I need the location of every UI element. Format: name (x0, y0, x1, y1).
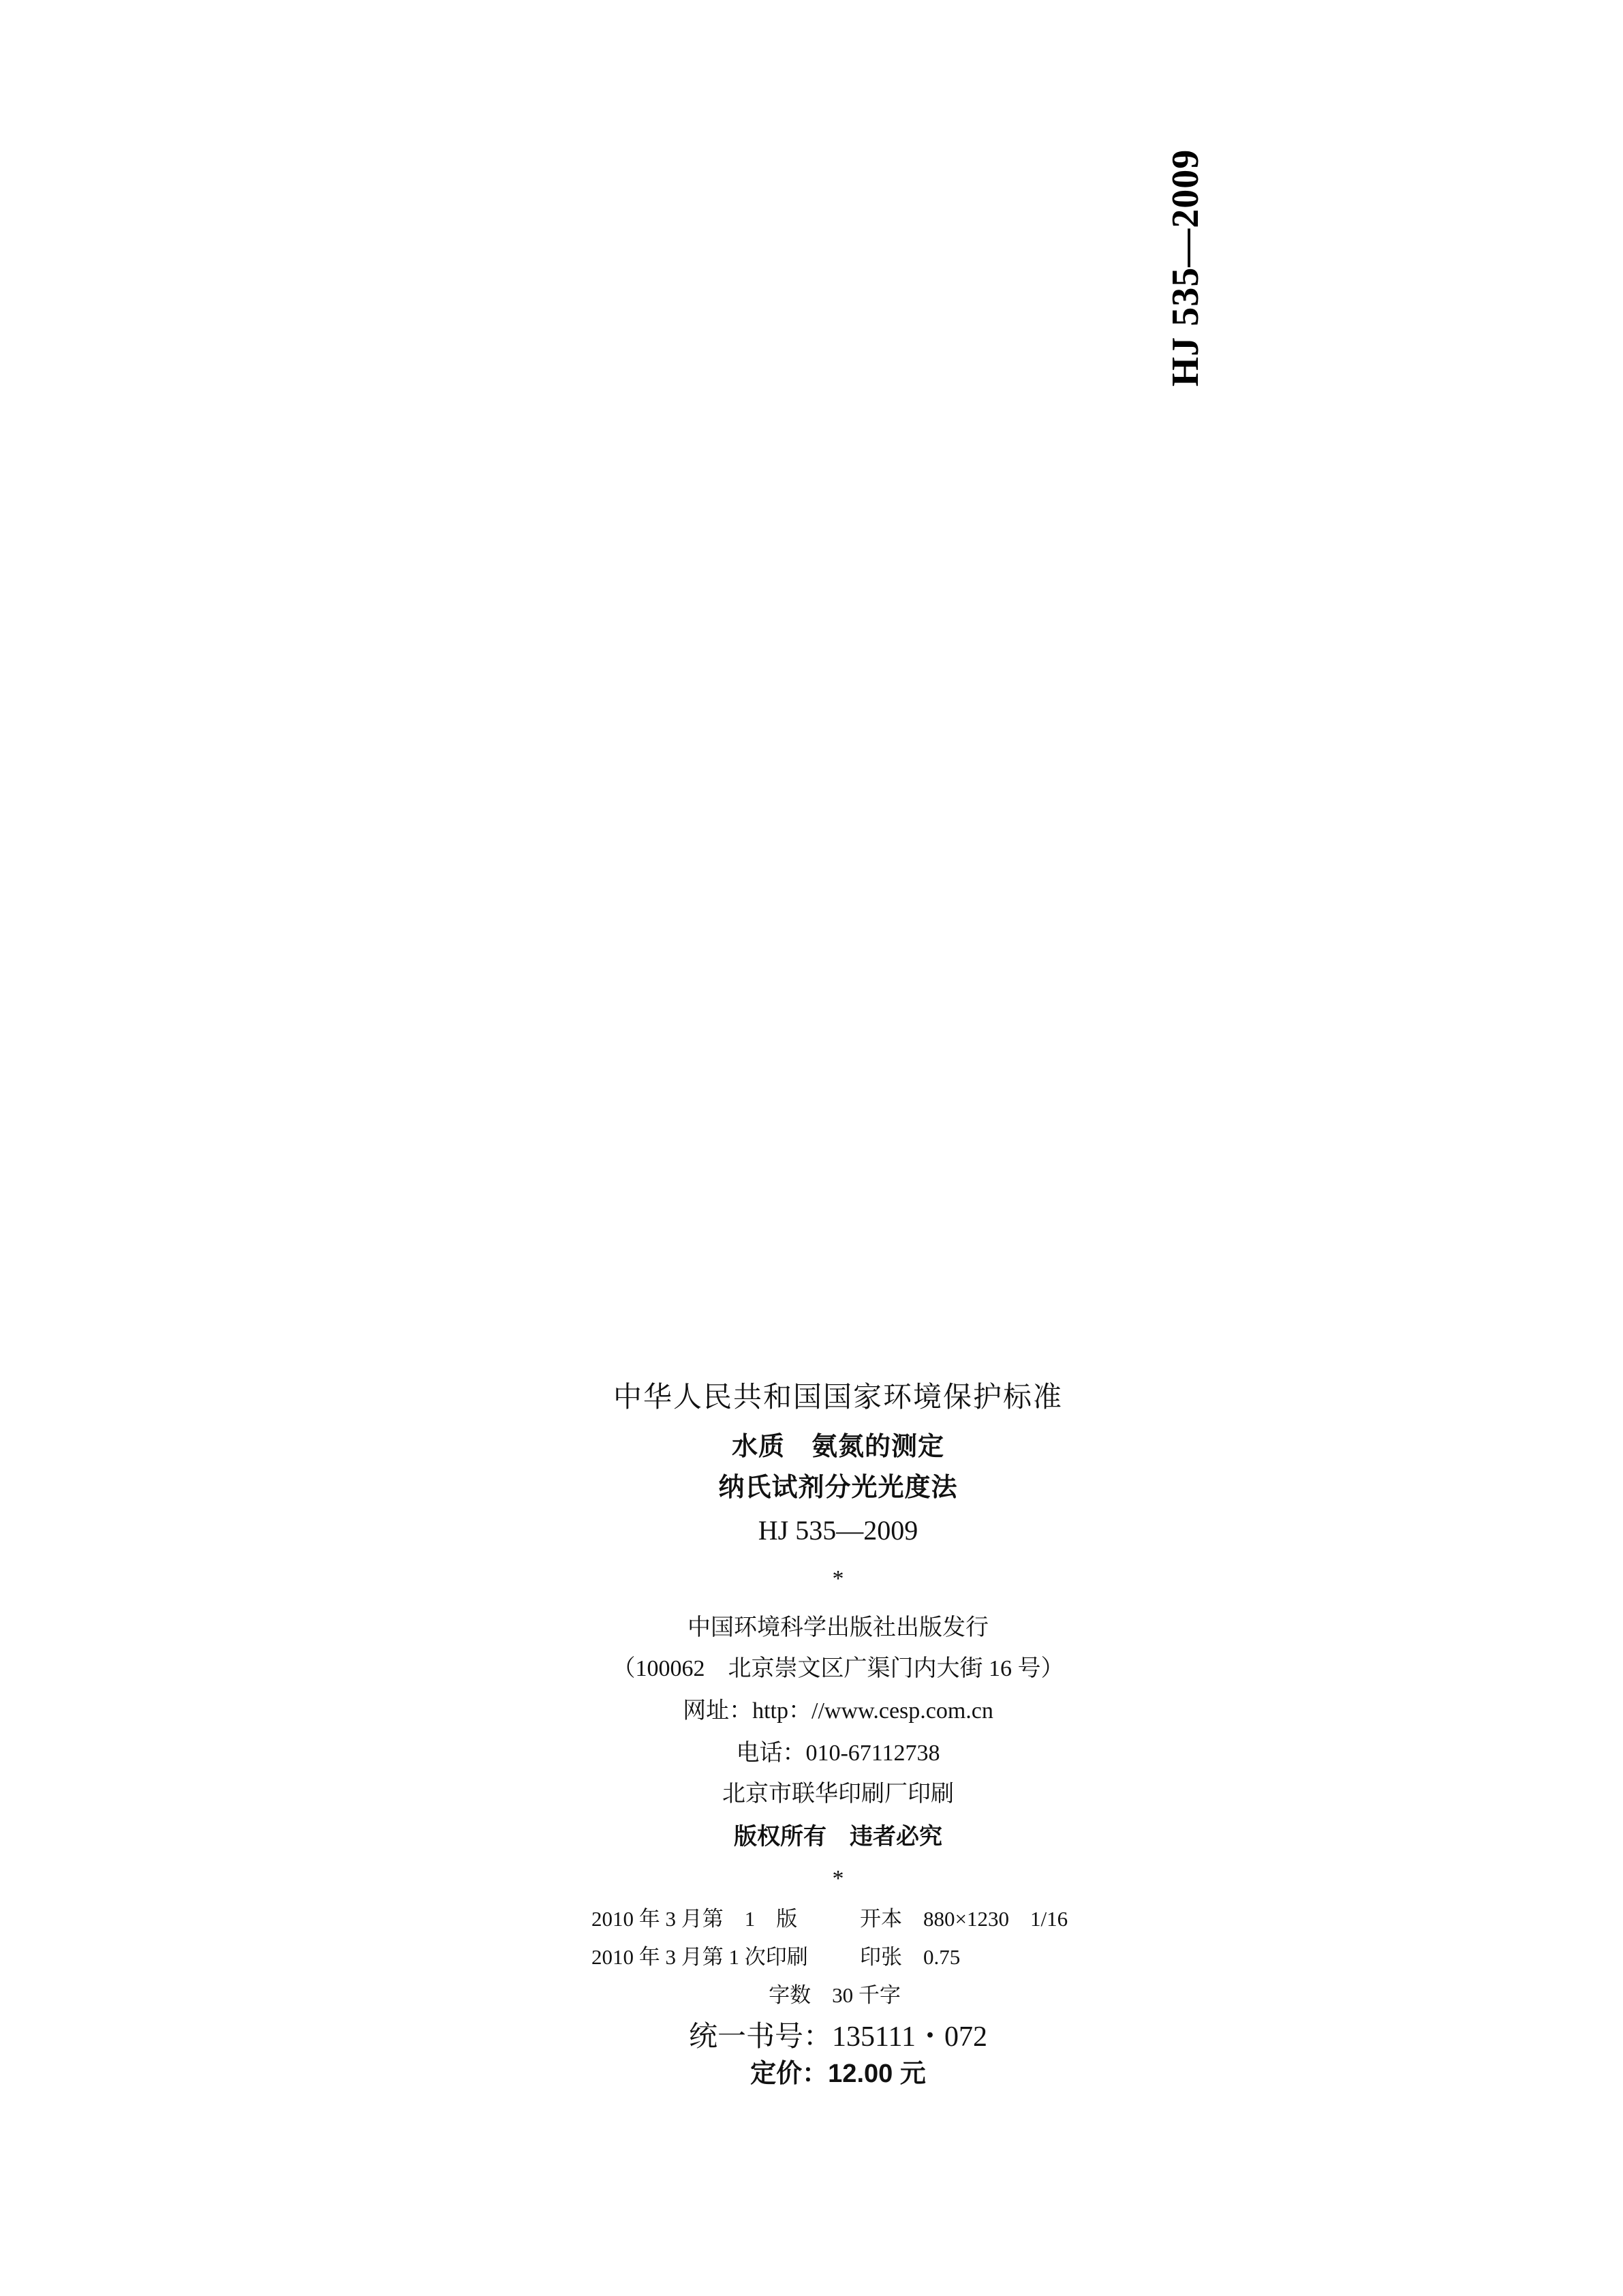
printing-info: 2010 年 3 月第 1 次印刷 (591, 1946, 860, 1968)
spec-row-edition: 2010 年 3 月第 1 版开本 880×1230 1/16 (591, 1908, 1068, 1929)
book-number: 统一书号：135111・072 (689, 2023, 987, 2051)
price: 定价：12.00 元 (750, 2061, 926, 2087)
printer: 北京市联华印刷厂印刷 (722, 1783, 954, 1806)
spec-row-printing: 2010 年 3 月第 1 次印刷印张 0.75 (591, 1946, 960, 1968)
spine-standard-code: HJ 535—2009 (1164, 149, 1207, 387)
title-line-1: 水质 氨氮的测定 (732, 1434, 944, 1460)
publisher-telephone: 电话：010-67112738 (736, 1742, 940, 1765)
separator-asterisk: * (833, 1567, 844, 1591)
publisher-website: 网址：http：//www.cesp.com.cn (683, 1700, 993, 1723)
standard-type: 中华人民共和国国家环境保护标准 (613, 1383, 1063, 1412)
title-line-2: 纳氏试剂分光光度法 (718, 1475, 957, 1501)
word-count: 字数 30 千字 (769, 1985, 901, 2006)
sheets-info: 印张 0.75 (860, 1946, 960, 1968)
standard-code: HJ 535—2009 (758, 1517, 918, 1544)
publisher: 中国环境科学出版社出版发行 (687, 1617, 989, 1640)
separator-asterisk: * (833, 1867, 844, 1891)
publisher-address: （100062 北京崇文区广渠门内大街 16 号） (613, 1657, 1064, 1681)
format-info: 开本 880×1230 1/16 (860, 1908, 1068, 1929)
edition-info: 2010 年 3 月第 1 版 (591, 1908, 860, 1929)
copyright-notice: 版权所有 违者必究 (734, 1825, 942, 1848)
